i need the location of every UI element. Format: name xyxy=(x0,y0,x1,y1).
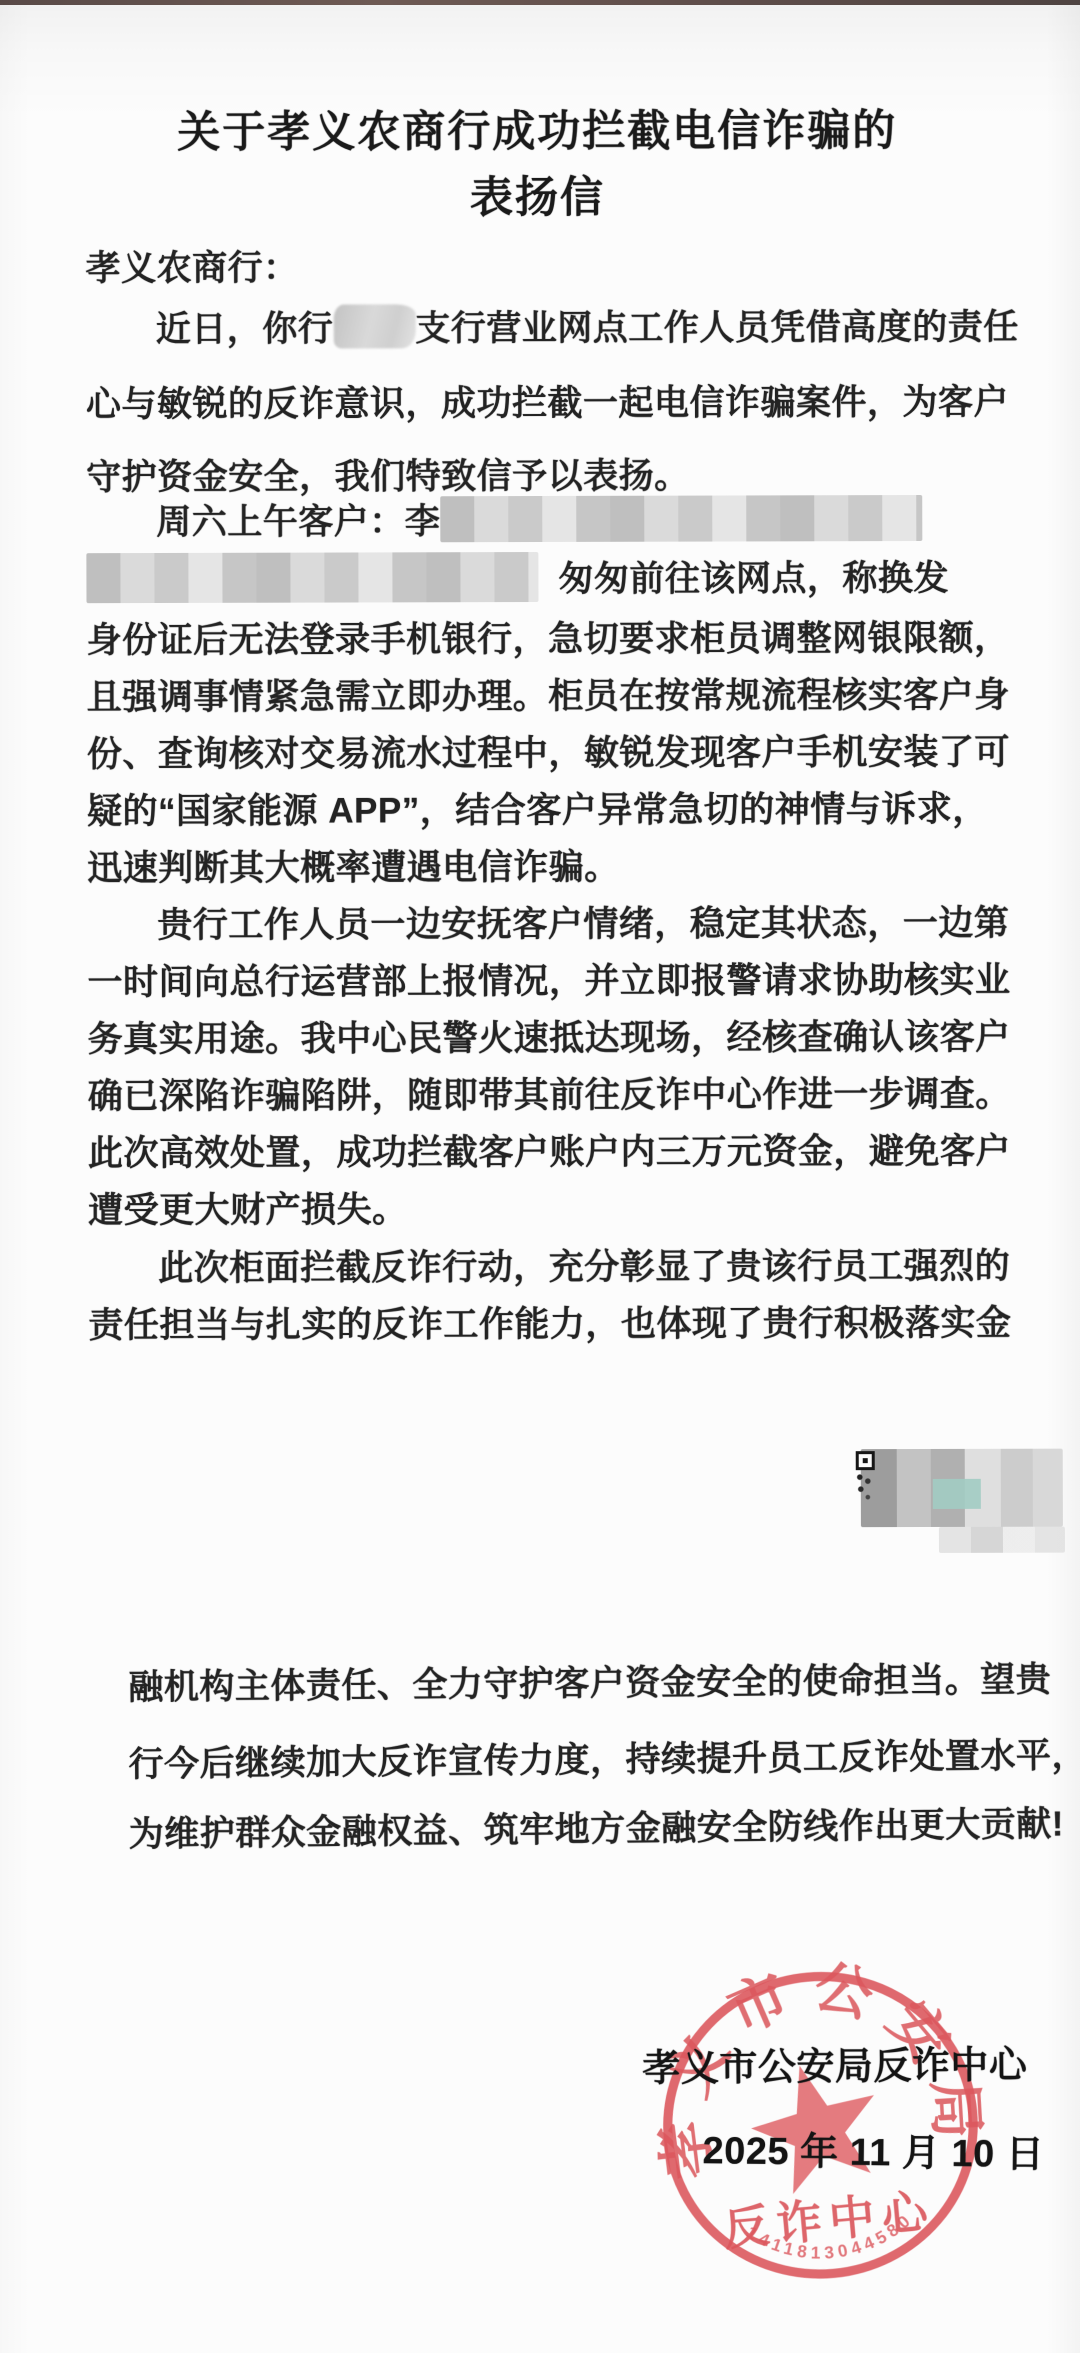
redaction-mosaic-customer-info xyxy=(86,552,538,603)
body-line-18: 责任担当与扎实的反诈工作能力，也体现了贵行积极落实金 xyxy=(88,1302,1011,1348)
body-line-1-post: 支行营业网点工作人员凭借高度的责任 xyxy=(415,308,1019,349)
body-line-6: 身份证后无法登录手机银行，急切要求柜员调整网银限额， xyxy=(87,617,1010,663)
body-line-5: 匆匆前往该网点，称换发 xyxy=(86,551,949,603)
redaction-mosaic-watermark xyxy=(861,1449,1063,1528)
body-line-7: 且强调事情紧急需立即办理。柜员在按常规流程核实客户身 xyxy=(87,674,1010,720)
redaction-blur-branch xyxy=(333,304,415,348)
body-line-21: 为维护群众金融权益、筑牢地方金融安全防线作出更大贡献! xyxy=(128,1802,1064,1857)
body-line-1-pre: 近日，你行 xyxy=(156,310,334,349)
body-line-8: 份、查询核对交易流水过程中，敏锐发现客户手机安装了可 xyxy=(87,731,1010,777)
qr-dots xyxy=(856,1473,874,1503)
tiny-qr-watermark-icon xyxy=(856,1451,878,1507)
body-line-5-post: 匆匆前往该网点，称换发 xyxy=(558,559,949,599)
body-line-16: 遭受更大财产损失。 xyxy=(88,1188,408,1233)
body-line-20: 行今后继续加大反诈宣传力度，持续提升员工反诈处置水平， xyxy=(128,1734,1080,1787)
body-line-9: 疑的“国家能源 APP”，结合客户异常急切的神情与诉求， xyxy=(87,788,988,834)
letter-title-line1: 关于孝义农商行成功拦截电信诈骗的 xyxy=(0,109,1077,156)
body-line-4-pre: 周六上午客户：李 xyxy=(156,502,440,542)
body-line-13: 务真实用途。我中心民警火速抵达现场，经核查确认该客户 xyxy=(88,1016,1011,1062)
body-line-17: 此次柜面拦截反诈行动，充分彰显了贵该行员工强烈的 xyxy=(158,1245,1010,1291)
body-line-19: 融机构主体责任、全力守护客户资金安全的使命担当。望贵 xyxy=(128,1658,1051,1710)
body-line-1: 近日，你行支行营业网点工作人员凭借高度的责任 xyxy=(156,303,1019,352)
body-line-11: 贵行工作人员一边安抚客户情绪，稳定其状态，一边第 xyxy=(157,902,1009,948)
body-line-14: 确已深陷诈骗陷阱，随即带其前往反诈中心作进一步调查。 xyxy=(88,1073,1011,1119)
signature-date: 2025 年 11 月 10 日 xyxy=(702,2129,1044,2177)
qr-square xyxy=(856,1451,875,1470)
letter-page: 关于孝义农商行成功拦截电信诈骗的 表扬信 孝义农商行： 近日，你行支行营业网点工… xyxy=(0,0,1080,2353)
official-seal-stamp: 孝义市公安局 反诈中心 1411813044580 xyxy=(638,1943,1003,2308)
salutation: 孝义农商行： xyxy=(86,247,299,292)
redaction-mosaic-teal-cell xyxy=(933,1479,981,1509)
body-line-4: 周六上午客户：李 xyxy=(156,495,922,545)
body-line-10: 迅速判断其大概率遭遇电信诈骗。 xyxy=(87,846,620,891)
redaction-mosaic-customer-name xyxy=(440,495,922,542)
body-line-12: 一时间向总行运营部上报情况，并立即报警请求协助核实业 xyxy=(87,959,1010,1005)
body-line-15: 此次高效处置，成功拦截客户账户内三万元资金，避免客户 xyxy=(88,1130,1011,1176)
letter-title-line2: 表扬信 xyxy=(0,175,1077,222)
body-line-3: 守护资金安全，我们特致信予以表扬。 xyxy=(86,455,690,501)
letter-photo: 关于孝义农商行成功拦截电信诈骗的 表扬信 孝义农商行： 近日，你行支行营业网点工… xyxy=(0,0,1080,2353)
signature-org: 孝义市公安局反诈中心 xyxy=(642,2043,1027,2091)
body-line-2: 心与敏锐的反诈意识，成功拦截一起电信诈骗案件，为客户 xyxy=(86,381,1009,427)
redaction-mosaic-watermark-tail xyxy=(939,1527,1065,1553)
